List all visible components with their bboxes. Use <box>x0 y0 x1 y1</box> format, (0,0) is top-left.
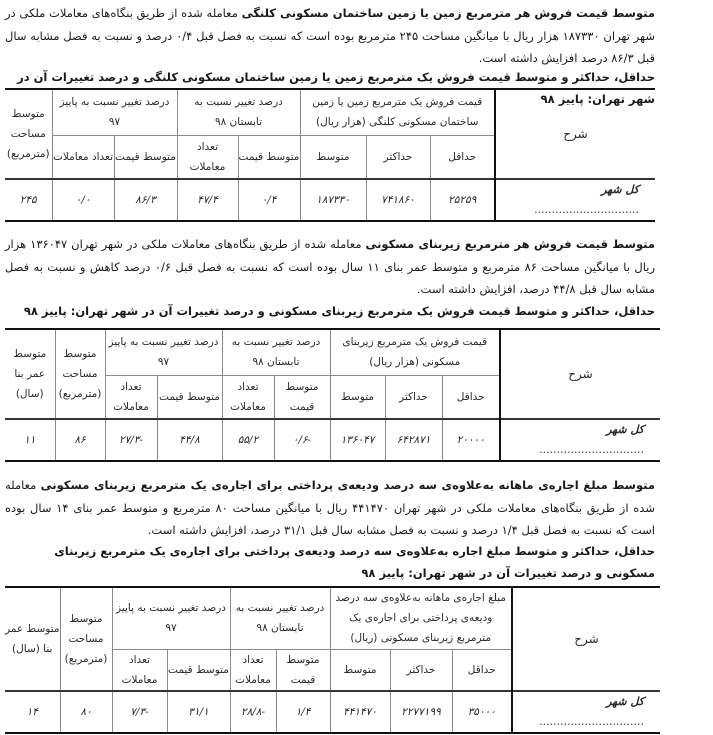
header-avg-area: متوسط مساحت (مترمربع) <box>55 329 105 419</box>
header-autumn-transactions: تعداد معاملات <box>52 135 114 179</box>
row-label-city: کل شهر .............................. <box>512 691 660 733</box>
header-min: حداقل <box>430 135 495 179</box>
cell-autumn-price: ۴۴/۸ <box>157 419 222 461</box>
cell-summer-transactions: ۵۵/۲ <box>222 419 274 461</box>
cell-summer-price: ۱/۴ <box>276 691 330 733</box>
header-min: حداقل <box>442 375 500 419</box>
cell-avg: ۱۸۷۳۳۰ <box>300 179 366 221</box>
header-max: حداکثر <box>385 375 442 419</box>
cell-avg-area: ۸۰ <box>60 691 112 733</box>
header-avg-area: متوسط مساحت (مترمربع) <box>5 89 52 179</box>
section3-intro-paragraph: متوسط مبلغ اجاره‌ی ماهانه به‌علاوه‌ی سه … <box>5 474 655 542</box>
cell-summer-price: -۰/۶ <box>274 419 330 461</box>
row-label: کل شهر <box>606 423 644 436</box>
header-summer-avg-price: متوسط قیمت <box>238 135 300 179</box>
row-dots: .............................. <box>539 443 644 456</box>
row-label: کل شهر <box>606 695 644 708</box>
header-avg: متوسط <box>300 135 366 179</box>
cell-avg-age: ۱۱ <box>5 419 55 461</box>
header-autumn-avg-price: متوسط قیمت <box>167 649 230 691</box>
section1-table: شرح قیمت فروش یک مترمربع زمین یا زمین سا… <box>5 88 655 222</box>
table-row: کل شهر .............................. ۲۰… <box>5 419 660 461</box>
cell-summer-transactions: -۲۸/۸ <box>230 691 276 733</box>
table-row: کل شهر .............................. ۳۵… <box>5 691 660 733</box>
header-min: حداقل <box>452 649 512 691</box>
section2-table: شرح قیمت فروش یک مترمربع زیربنای مسکونی … <box>5 328 660 462</box>
row-label: کل شهر <box>601 183 639 196</box>
cell-summer-transactions: ۴۷/۴ <box>177 179 238 221</box>
section1-intro-bold: متوسط قیمت فروش هر مترمربع زمین یا زمین … <box>242 6 655 20</box>
header-sharh: شرح <box>500 329 660 419</box>
cell-min: ۲۰۰۰۰ <box>442 419 500 461</box>
cell-max: ۶۴۲۸۷۱ <box>385 419 442 461</box>
header-price-group: قیمت فروش یک مترمربع زمین یا زمین ساختما… <box>300 89 495 135</box>
cell-max: ۷۴۱۸۶۰ <box>366 179 430 221</box>
header-avg-age: متوسط عمر بنا (سال) <box>5 587 60 691</box>
section3-table-caption: حداقل، حداکثر و متوسط مبلغ اجاره به‌علاو… <box>5 540 655 584</box>
row-dots: .............................. <box>534 203 639 216</box>
cell-autumn-transactions: -۲۷/۳ <box>105 419 157 461</box>
cell-avg: ۴۴۱۴۷۰ <box>330 691 390 733</box>
header-autumn-avg-price: متوسط قیمت <box>114 135 177 179</box>
header-autumn-transactions: تعداد معاملات <box>105 375 157 419</box>
section3-intro-bold: متوسط مبلغ اجاره‌ی ماهانه به‌علاوه‌ی سه … <box>41 478 655 492</box>
header-summer-avg-price: متوسط قیمت <box>276 649 330 691</box>
cell-max: ۲۲۷۷۱۹۹ <box>390 691 452 733</box>
header-change-summer98: درصد تغییر نسبت به تابستان ۹۸ <box>230 587 330 649</box>
header-summer-avg-price: متوسط قیمت <box>274 375 330 419</box>
cell-avg-age: ۱۴ <box>5 691 60 733</box>
row-dots: .............................. <box>539 715 644 728</box>
header-summer-transactions: تعداد معاملات <box>177 135 238 179</box>
header-sharh: شرح <box>495 89 655 179</box>
section3-table: شرح مبلغ اجاره‌ی ماهانه به‌علاوه‌ی سه در… <box>5 586 660 734</box>
cell-avg: ۱۳۶۰۴۷ <box>330 419 385 461</box>
header-autumn-avg-price: متوسط قیمت <box>157 375 222 419</box>
cell-autumn-price: ۳۱/۱ <box>167 691 230 733</box>
section1-intro-paragraph: متوسط قیمت فروش هر مترمربع زمین یا زمین … <box>5 2 655 70</box>
header-sharh: شرح <box>512 587 660 691</box>
cell-summer-price: ۰/۴ <box>238 179 300 221</box>
header-summer-transactions: تعداد معاملات <box>222 375 274 419</box>
section2-intro-bold: متوسط قیمت فروش هر مترمربع زیربنای مسکون… <box>365 237 655 251</box>
header-change-summer98: درصد تغییر نسبت به تابستان ۹۸ <box>177 89 300 135</box>
cell-avg-area: ۲۴۵ <box>5 179 52 221</box>
cell-autumn-transactions: -۷/۳ <box>112 691 167 733</box>
table-row: کل شهر .............................. ۲۵… <box>5 179 655 221</box>
header-avg: متوسط <box>330 649 390 691</box>
header-autumn-transactions: تعداد معاملات <box>112 649 167 691</box>
header-max: حداکثر <box>366 135 430 179</box>
header-change-autumn97: درصد تغییر نسبت به پاییز ۹۷ <box>52 89 177 135</box>
cell-autumn-transactions: ۰/۰ <box>52 179 114 221</box>
header-avg-age: متوسط عمر بنا (سال) <box>5 329 55 419</box>
header-summer-transactions: تعداد معاملات <box>230 649 276 691</box>
header-change-autumn97: درصد تغییر نسبت به پاییز ۹۷ <box>112 587 230 649</box>
cell-avg-area: ۸۶ <box>55 419 105 461</box>
row-label-city: کل شهر .............................. <box>500 419 660 461</box>
section2-table-caption: حداقل، حداکثر و متوسط قیمت فروش یک مترمر… <box>5 300 655 322</box>
header-price-group: قیمت فروش یک مترمربع زیربنای مسکونی (هزا… <box>330 329 500 375</box>
header-change-autumn97: درصد تغییر نسبت به پاییز ۹۷ <box>105 329 222 375</box>
header-max: حداکثر <box>390 649 452 691</box>
header-change-summer98: درصد تغییر نسبت به تابستان ۹۸ <box>222 329 330 375</box>
section2-intro-paragraph: متوسط قیمت فروش هر مترمربع زیربنای مسکون… <box>5 233 655 301</box>
cell-min: ۲۵۲۵۹ <box>430 179 495 221</box>
header-avg: متوسط <box>330 375 385 419</box>
header-avg-area: متوسط مساحت (مترمربع) <box>60 587 112 691</box>
header-rent-group: مبلغ اجاره‌ی ماهانه به‌علاوه‌ی سه درصد و… <box>330 587 512 649</box>
cell-min: ۳۵۰۰۰ <box>452 691 512 733</box>
row-label-city: کل شهر .............................. <box>495 179 655 221</box>
cell-autumn-price: ۸۶/۳ <box>114 179 177 221</box>
